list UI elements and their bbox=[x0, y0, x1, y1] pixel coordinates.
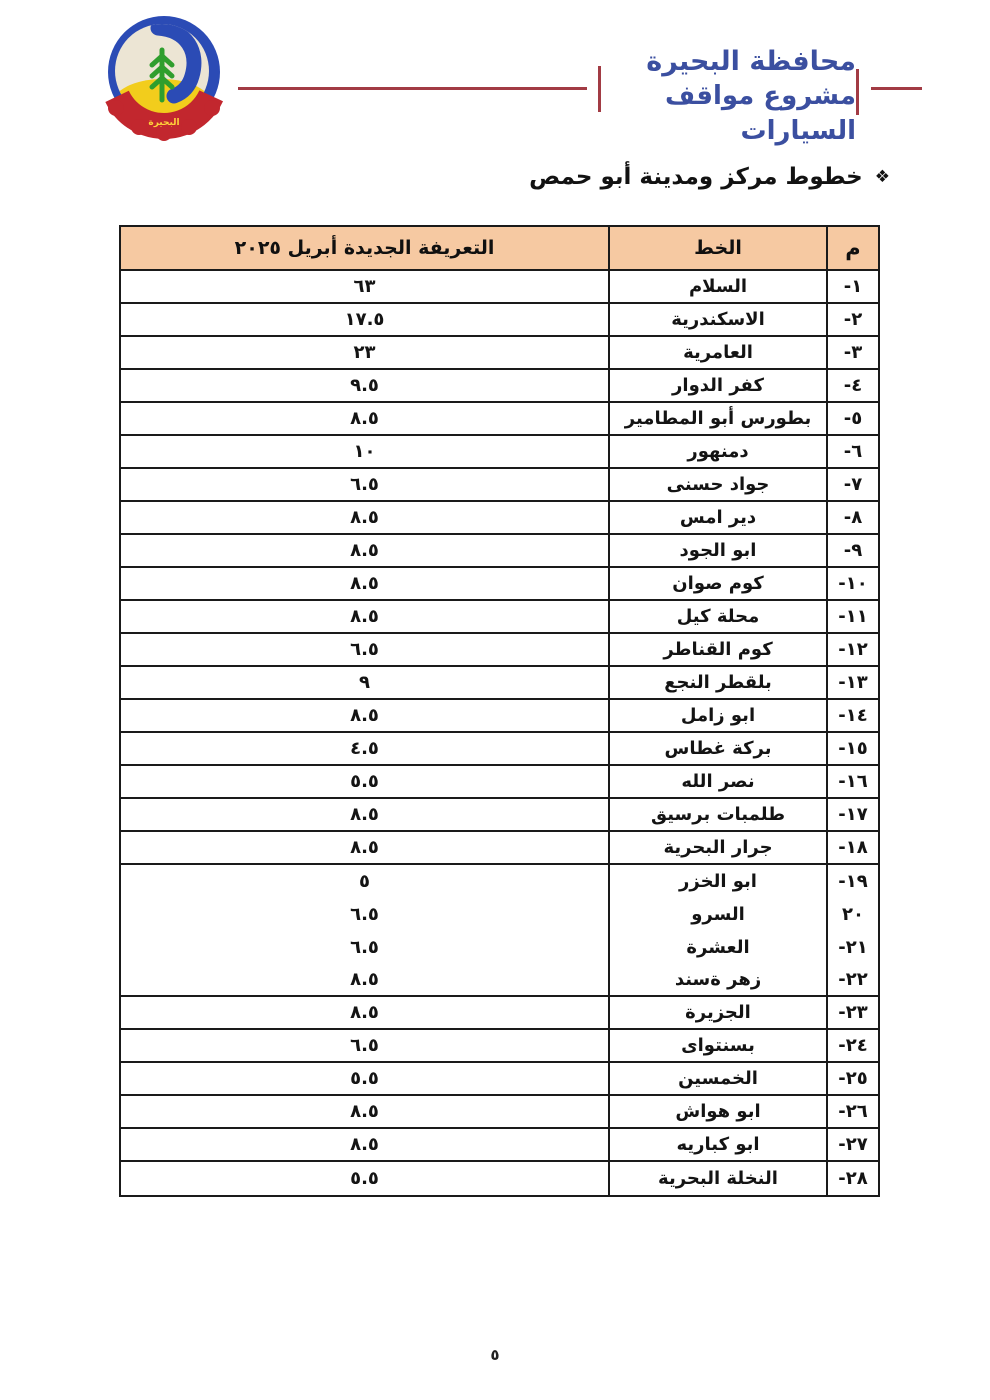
line-name-cell: بركة غطاس bbox=[608, 733, 826, 764]
header-line-cell: الخط bbox=[608, 227, 826, 269]
tariff-value-cell: ٩.٥ bbox=[121, 370, 608, 401]
table-row: ٧- جواد حسنى ٦.٥ bbox=[121, 469, 878, 502]
tariff-value-cell: ٨.٥ bbox=[121, 832, 608, 863]
row-number-cell: ٦- bbox=[826, 436, 878, 467]
table-row: ٦- دمنهور ١٠ bbox=[121, 436, 878, 469]
line-name-cell: الاسكندرية bbox=[608, 304, 826, 335]
tariff-value-cell: ٥.٥ bbox=[121, 1162, 608, 1195]
tariff-value-cell: ٨.٥ bbox=[121, 1096, 608, 1127]
tariff-value-cell: ٤.٥ bbox=[121, 733, 608, 764]
table-row: ٢٧- ابو كباريه ٨.٥ bbox=[121, 1129, 878, 1162]
row-number-cell: ٢٣- bbox=[826, 997, 878, 1028]
row-number-cell: ١٣- bbox=[826, 667, 878, 698]
tariff-value-cell: ٨.٥ bbox=[121, 568, 608, 599]
table-row: ٣- العامرية ٢٣ bbox=[121, 337, 878, 370]
row-number-cell: ١٤- bbox=[826, 700, 878, 731]
tariff-value-cell: ٢٣ bbox=[121, 337, 608, 368]
table-row: ١٥- بركة غطاس ٤.٥ bbox=[121, 733, 878, 766]
row-number-cell: ٢٤- bbox=[826, 1030, 878, 1061]
row-number-cell: ٩- bbox=[826, 535, 878, 566]
row-number-cell: ١٠- bbox=[826, 568, 878, 599]
line-name-cell: العشرة bbox=[608, 931, 826, 964]
line-name-cell: محلة كيل bbox=[608, 601, 826, 632]
table-row: ٤- كفر الدوار ٩.٥ bbox=[121, 370, 878, 403]
letterhead-rule-short bbox=[871, 87, 922, 90]
org-name: محافظة البحيرة bbox=[600, 44, 856, 79]
section-title: ❖خطوط مركز ومدينة أبو حمص bbox=[529, 164, 890, 190]
tariff-value-cell: ٦.٥ bbox=[121, 469, 608, 500]
tariff-value-cell: ٨.٥ bbox=[121, 535, 608, 566]
table-row: ٢- الاسكندرية ١٧.٥ bbox=[121, 304, 878, 337]
line-name-cell: ابو الجود bbox=[608, 535, 826, 566]
line-name-cell: جواد حسنى bbox=[608, 469, 826, 500]
tariff-value-cell: ٥.٥ bbox=[121, 766, 608, 797]
table-row: ١٧- طلمبات برسيق ٨.٥ bbox=[121, 799, 878, 832]
beheira-governorate-logo: البحيرة bbox=[86, 12, 236, 162]
tariff-value-cell: ٨.٥ bbox=[121, 1129, 608, 1160]
line-name-cell: دير امس bbox=[608, 502, 826, 533]
table-row: ١٢- كوم القناطر ٦.٥ bbox=[121, 634, 878, 667]
line-name-cell: ابو هواش bbox=[608, 1096, 826, 1127]
row-number-cell: ١١- bbox=[826, 601, 878, 632]
row-number-cell: ١- bbox=[826, 271, 878, 302]
row-number-cell: ٥- bbox=[826, 403, 878, 434]
table-row: ٩- ابو الجود ٨.٥ bbox=[121, 535, 878, 568]
tariff-value-cell: ١٧.٥ bbox=[121, 304, 608, 335]
table-row: ١- السلام ٦٣ bbox=[121, 271, 878, 304]
page-number: ٥ bbox=[0, 1346, 990, 1364]
row-number-cell: ٢٧- bbox=[826, 1129, 878, 1160]
row-number-cell: ٧- bbox=[826, 469, 878, 500]
table-body: ١- السلام ٦٣ ٢- الاسكندرية ١٧.٥ ٣- العام… bbox=[121, 271, 878, 1195]
table-row: ١٣- بلقطر النجع ٩ bbox=[121, 667, 878, 700]
line-name-cell: العامرية bbox=[608, 337, 826, 368]
line-name-cell: طلمبات برسيق bbox=[608, 799, 826, 830]
table-row: ٢١- العشرة ٦.٥ bbox=[121, 931, 878, 964]
line-name-cell: بسنتواى bbox=[608, 1030, 826, 1061]
letterhead-bar-right bbox=[856, 69, 859, 115]
letterhead-text: محافظة البحيرة مشروع مواقف السيارات bbox=[600, 44, 856, 149]
row-number-cell: ٢٠ bbox=[826, 898, 878, 931]
tariff-value-cell: ٦.٥ bbox=[121, 898, 608, 931]
row-number-cell: ٣- bbox=[826, 337, 878, 368]
line-name-cell: ابو كباريه bbox=[608, 1129, 826, 1160]
table-row: ١٠- كوم صوان ٨.٥ bbox=[121, 568, 878, 601]
line-name-cell: النخلة البحرية bbox=[608, 1162, 826, 1195]
tariff-value-cell: ٩ bbox=[121, 667, 608, 698]
row-number-cell: ٢٦- bbox=[826, 1096, 878, 1127]
tariff-value-cell: ٨.٥ bbox=[121, 502, 608, 533]
table-row: ٨- دير امس ٨.٥ bbox=[121, 502, 878, 535]
tariff-value-cell: ٨.٥ bbox=[121, 799, 608, 830]
line-name-cell: بلقطر النجع bbox=[608, 667, 826, 698]
tariff-value-cell: ٦.٥ bbox=[121, 931, 608, 964]
row-number-cell: ٢٨- bbox=[826, 1162, 878, 1195]
row-number-cell: ٢٢- bbox=[826, 964, 878, 995]
table-row: ١٤- ابو زامل ٨.٥ bbox=[121, 700, 878, 733]
letterhead-rule-long bbox=[238, 87, 587, 90]
tariff-value-cell: ٨.٥ bbox=[121, 964, 608, 995]
header-number-cell: م bbox=[826, 227, 878, 269]
line-name-cell: الخمسين bbox=[608, 1063, 826, 1094]
row-number-cell: ٤- bbox=[826, 370, 878, 401]
table-header-row: م الخط التعريفة الجديدة أبريل ٢٠٢٥ bbox=[121, 227, 878, 271]
table-row: ٢٨- النخلة البحرية ٥.٥ bbox=[121, 1162, 878, 1195]
line-name-cell: جرار البحرية bbox=[608, 832, 826, 863]
line-name-cell: السرو bbox=[608, 898, 826, 931]
table-row: ١١- محلة كيل ٨.٥ bbox=[121, 601, 878, 634]
line-name-cell: كفر الدوار bbox=[608, 370, 826, 401]
line-name-cell: ابو زامل bbox=[608, 700, 826, 731]
tariff-value-cell: ٨.٥ bbox=[121, 997, 608, 1028]
section-title-text: خطوط مركز ومدينة أبو حمص bbox=[529, 164, 863, 190]
diamond-bullet-icon: ❖ bbox=[875, 167, 890, 187]
project-name: مشروع مواقف السيارات bbox=[600, 79, 856, 149]
tariff-table: م الخط التعريفة الجديدة أبريل ٢٠٢٥ ١- ال… bbox=[119, 225, 880, 1197]
row-number-cell: ١٨- bbox=[826, 832, 878, 863]
line-name-cell: نصر الله bbox=[608, 766, 826, 797]
tariff-value-cell: ٥.٥ bbox=[121, 1063, 608, 1094]
logo-text: البحيرة bbox=[148, 118, 179, 128]
row-number-cell: ٢١- bbox=[826, 931, 878, 964]
table-row: ١٨- جرار البحرية ٨.٥ bbox=[121, 832, 878, 865]
table-row: ٢٢- زهر ةسند ٨.٥ bbox=[121, 964, 878, 997]
line-name-cell: كوم القناطر bbox=[608, 634, 826, 665]
row-number-cell: ١٥- bbox=[826, 733, 878, 764]
row-number-cell: ١٧- bbox=[826, 799, 878, 830]
line-name-cell: بطورس أبو المطامير bbox=[608, 403, 826, 434]
tariff-value-cell: ٨.٥ bbox=[121, 403, 608, 434]
line-name-cell: كوم صوان bbox=[608, 568, 826, 599]
line-name-cell: ابو الخزر bbox=[608, 865, 826, 898]
line-name-cell: الجزيرة bbox=[608, 997, 826, 1028]
header-tariff-cell: التعريفة الجديدة أبريل ٢٠٢٥ bbox=[121, 227, 608, 269]
table-row: ٢٦- ابو هواش ٨.٥ bbox=[121, 1096, 878, 1129]
row-number-cell: ١٢- bbox=[826, 634, 878, 665]
tariff-value-cell: ٦.٥ bbox=[121, 634, 608, 665]
table-row: ١٦- نصر الله ٥.٥ bbox=[121, 766, 878, 799]
row-number-cell: ٨- bbox=[826, 502, 878, 533]
row-number-cell: ٢- bbox=[826, 304, 878, 335]
table-row: ٢٤- بسنتواى ٦.٥ bbox=[121, 1030, 878, 1063]
line-name-cell: السلام bbox=[608, 271, 826, 302]
row-number-cell: ٢٥- bbox=[826, 1063, 878, 1094]
table-row: ١٩- ابو الخزر ٥ bbox=[121, 865, 878, 898]
tariff-value-cell: ٦٣ bbox=[121, 271, 608, 302]
table-row: ٢٥- الخمسين ٥.٥ bbox=[121, 1063, 878, 1096]
tariff-value-cell: ١٠ bbox=[121, 436, 608, 467]
tariff-value-cell: ٨.٥ bbox=[121, 601, 608, 632]
table-row: ٢٠ السرو ٦.٥ bbox=[121, 898, 878, 931]
tariff-value-cell: ٥ bbox=[121, 865, 608, 898]
line-name-cell: زهر ةسند bbox=[608, 964, 826, 995]
document-page: البحيرة محافظة البحيرة مشروع مواقف السيا… bbox=[0, 0, 990, 1400]
table-row: ٥- بطورس أبو المطامير ٨.٥ bbox=[121, 403, 878, 436]
line-name-cell: دمنهور bbox=[608, 436, 826, 467]
row-number-cell: ١٩- bbox=[826, 865, 878, 898]
tariff-value-cell: ٦.٥ bbox=[121, 1030, 608, 1061]
tariff-value-cell: ٨.٥ bbox=[121, 700, 608, 731]
row-number-cell: ١٦- bbox=[826, 766, 878, 797]
table-row: ٢٣- الجزيرة ٨.٥ bbox=[121, 997, 878, 1030]
